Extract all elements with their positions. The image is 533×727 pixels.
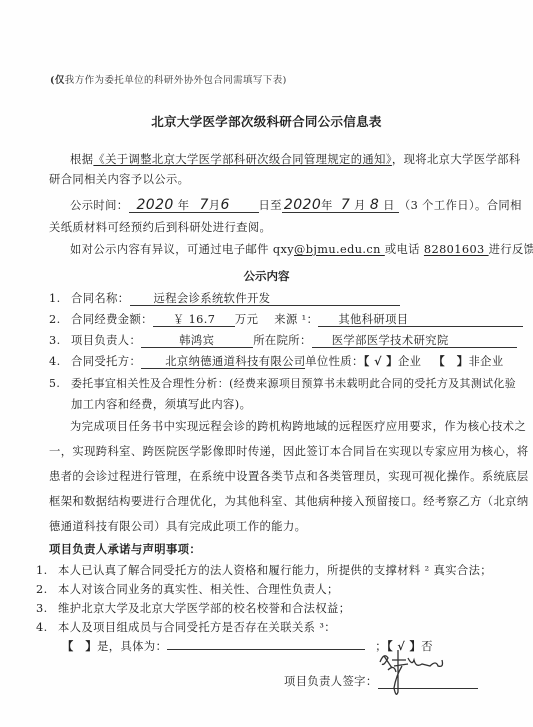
start-month: 7: [199, 197, 208, 213]
phone-number[interactable]: 82801603: [424, 243, 489, 256]
day-to: 日至: [259, 199, 282, 212]
item-contract-name: 1.合同名称：远程会诊系统软件开发: [49, 290, 400, 306]
commitments-title: 项目负责人承诺与声明事项：: [49, 541, 201, 557]
note-text: 我方作为委托单位的科研外协外包合同需填写下表): [65, 75, 287, 86]
document-page: (仅我方作为委托单位的科研外协外包合同需填写下表) 北京大学医学部次级科研合同公…: [0, 0, 533, 727]
end-date-field: 2020年 7 月 8 日: [282, 199, 399, 213]
item-number: 5.: [49, 377, 71, 390]
option-enterprise: 企业: [398, 355, 421, 368]
option-non-enterprise: 非企业: [468, 355, 503, 368]
end-month: 7: [341, 197, 350, 213]
analysis-line: 框架和数据结构要进行合理优化，为其他科室、其他病种接入预留接口。经考察乙方（北京…: [49, 493, 529, 509]
dept-label: 所在院所：: [253, 334, 312, 347]
item-label: 合同受托方：: [71, 355, 141, 368]
section-title: 公示内容: [0, 268, 533, 284]
commitment-item: 3.维护北京大学及北京大学医学部的校名校誉和合法权益；: [36, 600, 350, 616]
type-label: 单位性质：: [305, 355, 364, 368]
contact-mid: 或电话: [385, 243, 424, 256]
start-year: 2020: [137, 197, 174, 213]
analysis-line: 患者的会诊过程进行管理，在系统中设置各类节点和各类管理员，实现可视化操作。系统底…: [49, 468, 529, 484]
commitment-text: 本人已认真了解合同受托方的法人资格和履行能力，所提供的支撑材料 ² 真实合法；: [58, 564, 492, 577]
commitment-text: 维护北京大学及北京大学医学部的校名校誉和合法权益；: [58, 602, 350, 615]
contact-suffix: 进行反馈。: [489, 243, 533, 256]
period-line2: 关纸质材料可经预约后到科研处进行查阅。: [49, 219, 271, 235]
checkbox-non-enterprise[interactable]: 【 】: [433, 354, 468, 368]
contractor-value: 北京纳德通道科技有限公司: [141, 355, 305, 369]
commitment-text: 本人对该合同业务的真实性、相关性、合理性负责人；: [58, 583, 339, 596]
item-label: 项目负责人：: [71, 334, 141, 347]
handwritten-signature-icon: [378, 648, 448, 696]
item-contractor: 4.合同受托方：北京纳德通道科技有限公司单位性质：【 √ 】企业【 】非企业: [49, 353, 504, 369]
analysis-label: 委托事宜相关性及合理性分析：(经费来源项目预算书未载明此合同的受托方及其测试化验: [71, 377, 516, 390]
relation-yes-label: 是，具体为：: [97, 640, 167, 653]
start-day: 6: [220, 197, 229, 213]
contract-name-value: 远程会诊系统软件开发: [130, 292, 400, 306]
end-day: 8: [370, 197, 379, 213]
analysis-line: 为完成项目任务书中实现远程会诊的跨机构跨地域的远程医疗应用要求，作为核心技术之: [70, 418, 526, 434]
month-char: 月: [354, 199, 366, 212]
item-number: 2.: [36, 583, 58, 596]
commitment-item: 1.本人已认真了解合同受托方的法人资格和履行能力，所提供的支撑材料 ² 真实合法…: [36, 562, 492, 578]
item-label: 合同经费金额：: [71, 313, 153, 326]
item-pi: 3.项目负责人：韩鸿宾所在院所：医学部医学技术研究院: [49, 332, 517, 348]
signature-label: 项目负责人签字：: [284, 675, 378, 688]
amount-unit: 万元: [235, 313, 258, 326]
commitment-text: 本人及项目组成员与合同受托方是否存在关联关系 ³：: [58, 621, 336, 634]
dept-value: 医学部医学技术研究院: [312, 334, 517, 348]
intro-suffix: ，现将北京大学医学部科: [392, 153, 521, 166]
item-number: 4.: [36, 621, 58, 634]
day-char: 日: [383, 199, 395, 212]
period-note: （3 个工作日）。合同相: [399, 199, 522, 212]
amount-value: ￥ 16.7: [153, 313, 235, 327]
source-value: 其他科研项目: [318, 313, 523, 327]
source-label: 来源 ¹：: [274, 313, 318, 326]
item-number: 1.: [49, 292, 71, 305]
relation-detail-field[interactable]: [167, 649, 365, 650]
year-char: 年: [178, 199, 190, 212]
item-number: 1.: [36, 564, 58, 577]
analysis-label-line2: 加工内容和经费，须填写此内容)。: [71, 396, 251, 412]
month-char: 月: [209, 199, 221, 212]
document-title: 北京大学医学部次级科研合同公示信息表: [0, 112, 533, 130]
contact-line: 如对公示内容有异议，可通过电子邮件 qxy@bjmu.edu.cn 或电话 82…: [70, 241, 533, 257]
checkbox-relation-yes[interactable]: 【 】: [62, 639, 97, 653]
contact-prefix: 如对公示内容有异议，可通过电子邮件 qxy: [70, 243, 294, 256]
analysis-line: 一，实现跨科室、跨医院医学影像即时传递，因此签订本合同旨在实现以专家应用为核心，…: [49, 443, 529, 459]
start-date-field: 2020 年 7月6: [129, 199, 259, 213]
period-label: 公示时间：: [70, 199, 129, 212]
item-number: 4.: [49, 355, 71, 368]
item-contract-amount: 2.合同经费金额：￥ 16.7万元来源 ¹：其他科研项目: [49, 311, 523, 327]
checkbox-enterprise[interactable]: 【 √ 】: [364, 354, 398, 368]
item-number: 3.: [36, 602, 58, 615]
email-link[interactable]: @bjmu.edu.cn: [294, 243, 385, 256]
intro-line2: 研合同相关内容予以公示。: [49, 171, 189, 187]
intro-line1: 根据《关于调整北京大学医学部科研次级合同管理规定的通知》，现将北京大学医学部科: [70, 151, 521, 167]
item-number: 2.: [49, 313, 71, 326]
commitment-item: 4.本人及项目组成员与合同受托方是否存在关联关系 ³：: [36, 619, 336, 635]
intro-prefix: 根据: [70, 153, 93, 166]
year-char: 年: [321, 199, 333, 212]
pi-name-value: 韩鸿宾: [141, 334, 253, 348]
applicability-note: (仅我方作为委托单位的科研外协外包合同需填写下表): [50, 72, 287, 86]
item-number: 3.: [49, 334, 71, 347]
item-analysis: 5.委托事宜相关性及合理性分析：(经费来源项目预算书未载明此合同的受托方及其测试…: [49, 375, 516, 391]
end-year: 2020: [284, 197, 321, 213]
regulation-link[interactable]: 《关于调整北京大学医学部科研次级合同管理规定的通知》: [93, 153, 391, 166]
commitment-item: 2.本人对该合同业务的真实性、相关性、合理性负责人；: [36, 581, 339, 597]
publicity-period: 公示时间：2020 年 7月6日至2020年 7 月 8 日（3 个工作日）。合…: [70, 197, 522, 213]
item-label: 合同名称：: [71, 292, 130, 305]
analysis-line: 德通道科技有限公司）具有完成此项工作的能力。: [49, 518, 306, 534]
note-prefix: (仅: [50, 75, 65, 86]
